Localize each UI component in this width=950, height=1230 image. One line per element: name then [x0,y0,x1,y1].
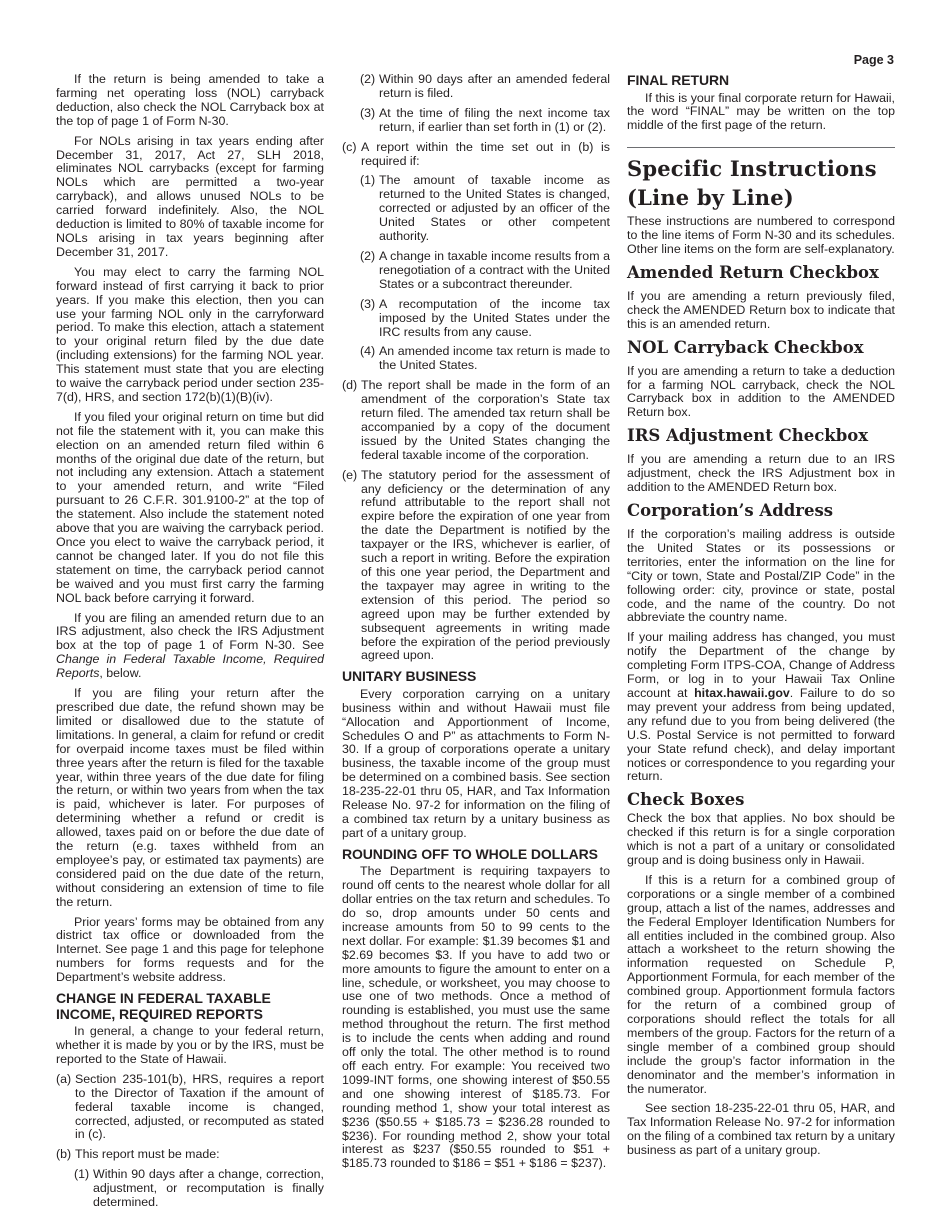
heading-final-return: FINAL RETURN [627,73,895,89]
paragraph-nol-carryback-box: If the return is being amended to take a… [56,73,324,129]
paragraph-nol-carryback-checkbox: If you are amending a return to take a d… [627,365,895,421]
paragraph-amended-election: If you filed your original return on tim… [56,411,324,606]
list-item-e: (e)The statutory period for the assessme… [342,469,610,664]
paragraph-foreign-address: If the corporation’s mailing address is … [627,528,895,625]
paragraph-specific-instructions: These instructions are numbered to corre… [627,215,895,257]
paragraph-irs-adjustment: If you are filing an amended return due … [56,612,324,682]
list-item-b1: (1)Within 90 days after a change, correc… [56,1168,324,1210]
heading-change-federal-income: CHANGE IN FEDERAL TAXABLE INCOME, REQUIR… [56,991,324,1022]
column-middle: (2)Within 90 days after an amended feder… [342,73,610,1177]
paragraph-combined-group: If this is a return for a combined group… [627,874,895,1097]
paragraph-see-section: See section 18-235-22-01 thru 05, HAR, a… [627,1102,895,1158]
heading-check-boxes: Check Boxes [627,790,895,809]
list-item-b3: (3)At the time of filing the next income… [342,107,610,135]
paragraph-refund-limitations: If you are filing your return after the … [56,687,324,910]
list-item-a: (a)Section 235-101(b), HRS, requires a r… [56,1073,324,1143]
paragraph-address-change: If your mailing address has changed, you… [627,631,895,784]
heading-corporation-address: Corporation’s Address [627,501,895,520]
column-left: If the return is being amended to take a… [56,73,324,1216]
list-item-c3: (3)A recomputation of the income tax imp… [342,298,610,340]
paragraph-prior-years-forms: Prior years’ forms may be obtained from … [56,916,324,986]
paragraph-amended-return-checkbox: If you are amending a return previously … [627,290,895,332]
paragraph-change-general: In general, a change to your federal ret… [56,1025,324,1067]
list-item-c4: (4)An amended income tax return is made … [342,345,610,373]
heading-rounding: ROUNDING OFF TO WHOLE DOLLARS [342,847,610,863]
list-item-b2: (2)Within 90 days after an amended feder… [342,73,610,101]
paragraph-check-boxes: Check the box that applies. No box shoul… [627,812,895,868]
paragraph-rounding: The Department is requiring taxpayers to… [342,865,610,1171]
section-divider [627,147,895,148]
list-item-c2: (2)A change in taxable income results fr… [342,250,610,292]
paragraph-irs-adjustment-checkbox: If you are amending a return due to an I… [627,453,895,495]
website-link[interactable]: hitax.hawaii.gov [694,686,790,700]
heading-nol-carryback-checkbox: NOL Carryback Checkbox [627,338,895,357]
paragraph-farming-nol-election: You may elect to carry the farming NOL f… [56,266,324,405]
list-item-c: (c)A report within the time set out in (… [342,141,610,169]
heading-specific-instructions: Specific Instructions (Line by Line) [627,154,895,212]
paragraph-nol-act27: For NOLs arising in tax years ending aft… [56,135,324,260]
page-number: Page 3 [854,53,894,67]
list-item-b: (b)This report must be made: [56,1148,324,1162]
list-item-d: (d)The report shall be made in the form … [342,379,610,462]
paragraph-final-return: If this is your final corporate return f… [627,92,895,134]
column-right: FINAL RETURN If this is your final corpo… [627,73,895,1164]
heading-irs-adjustment-checkbox: IRS Adjustment Checkbox [627,426,895,445]
heading-unitary-business: UNITARY BUSINESS [342,669,610,685]
list-item-c1: (1)The amount of taxable income as retur… [342,174,610,244]
paragraph-unitary-business: Every corporation carrying on a unitary … [342,688,610,841]
cross-reference: Change in Federal Taxable Income, Requir… [56,652,324,680]
heading-amended-return-checkbox: Amended Return Checkbox [627,263,895,282]
